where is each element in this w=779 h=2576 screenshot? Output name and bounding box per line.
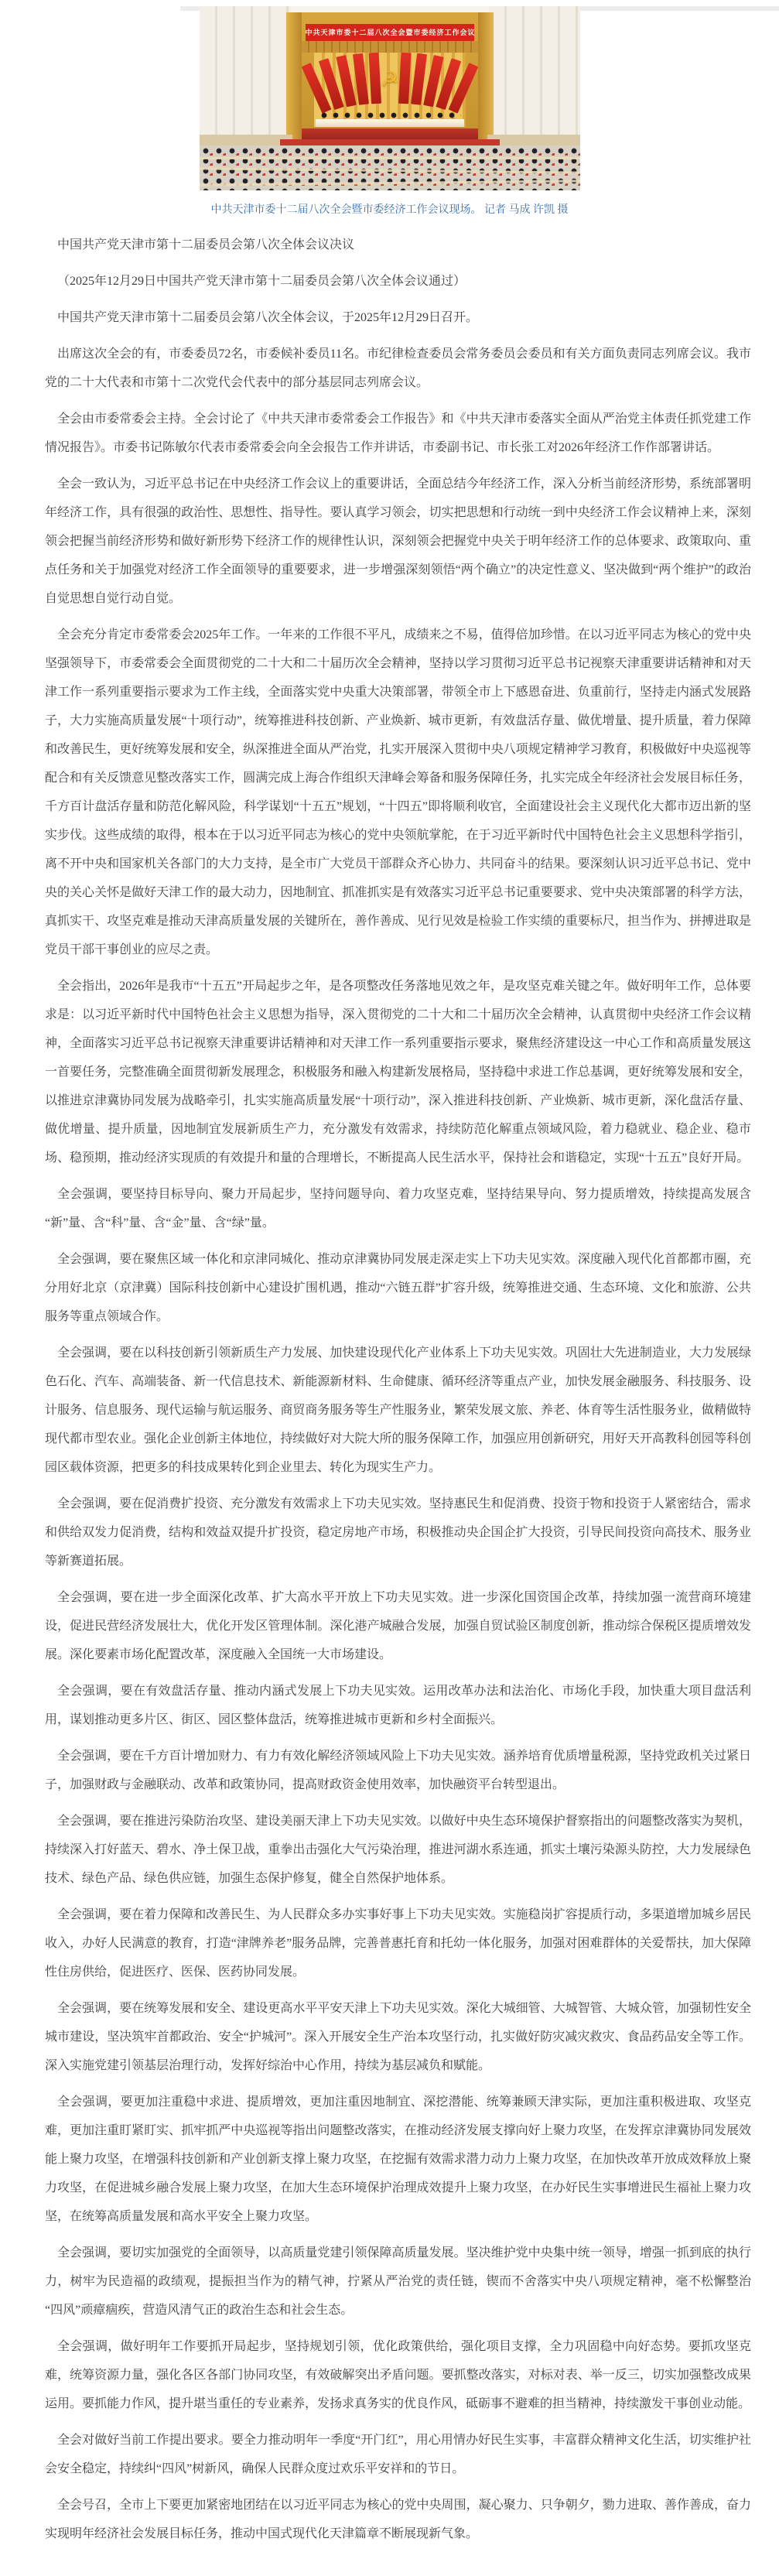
- article-body: 中国共产党天津市第十二届委员会第八次全体会议决议 （2025年12月29日中国共…: [0, 223, 779, 2576]
- article-paragraph: 全会充分肯定市委常委会2025年工作。一年来的工作很不平凡，成绩来之不易，值得倍…: [45, 621, 751, 964]
- hall-wall-left: [200, 6, 291, 138]
- article-title: 中国共产党天津市第十二届委员会第八次全体会议决议: [45, 231, 751, 259]
- article-paragraph: 全会强调，要在有效盘活存量、推动内涵式发展上下功夫见实效。运用改革办法和法治化、…: [45, 1677, 751, 1734]
- page: { "colors": { "caption_blue": "#3a6fad",…: [0, 6, 779, 2576]
- article-paragraph: 全会强调，要在着力保障和改善民生、为人民群众多办实事好事上下功夫见实效。实施稳岗…: [45, 1900, 751, 1986]
- article-paragraph: 全会强调，要在推进污染防治攻坚、建设美丽天津上下功夫见实效。以做好中央生态环境保…: [45, 1807, 751, 1893]
- rostrum-desk: [316, 119, 464, 127]
- party-emblem-icon: ☭: [381, 70, 398, 90]
- article-paragraph: 中国共产党天津市第十二届委员会第八次全体会议，于2025年12月29日召开。: [45, 303, 751, 332]
- stage-valance: [302, 41, 478, 53]
- article-paragraph: 全会强调，要在千方百计增加财力、有力有效化解经济领域风险上下功夫见实效。涵养培育…: [45, 1742, 751, 1799]
- stage-pillar-right: [478, 12, 494, 142]
- audience-desk-row: [200, 167, 580, 173]
- hall-wall-right: [489, 6, 580, 138]
- flag-decoration: [398, 53, 411, 104]
- article-paragraph: 全会强调，要坚持目标导向、聚力开局起步，坚持问题导向、着力攻坚克难，坚持结果导向…: [45, 1180, 751, 1237]
- article-paragraph: 全会强调，要在聚焦区域一体化和京津同城化、推动京津冀协同发展走深走实上下功夫见实…: [45, 1245, 751, 1331]
- article-paragraph: 全会强调，要更加注重稳中求进、提质增效，更加注重因地制宜、深挖潜能、统筹兼顾天津…: [45, 2088, 751, 2231]
- stage: ☭ 中共天津市委十二届八次全会暨市委经济工作会议: [302, 12, 478, 142]
- article-paragraph: 出席这次全会的有，市委委员72名，市委候补委员11名。市纪律检查委员会常务委员会…: [45, 340, 751, 397]
- meeting-banner: 中共天津市委十二届八次全会暨市委经济工作会议: [306, 24, 474, 41]
- article-paragraph: 全会强调，要在以科技创新引领新质生产力发展、加快建设现代化产业体系上下功夫见实效…: [45, 1339, 751, 1482]
- flag-decoration: [368, 53, 381, 104]
- stage-pillar-left: [286, 12, 302, 142]
- meeting-photo: ☭ 中共天津市委十二届八次全会暨市委经济工作会议: [200, 6, 580, 190]
- article-paragraph: 全会指出，2026年是我市“十五五”开局起步之年，是各项整改任务落地见效之年，是…: [45, 972, 751, 1172]
- article-paragraph: 全会号召，全市上下要更加紧密地团结在以习近平同志为核心的党中央周围，凝心聚力、只…: [45, 2491, 751, 2548]
- article-paragraph: （2025年12月29日中国共产党天津市第十二届委员会第八次全体会议通过）: [45, 267, 751, 296]
- audience-desk-row: [200, 180, 580, 186]
- article-paragraph: 全会强调，要在进一步全面深化改革、扩大高水平开放上下功夫见实效。进一步深化国资国…: [45, 1583, 751, 1669]
- article-paragraph: 全会对做好当前工作提出要求。要全力推动明年一季度“开门红”，用心用情办好民生实事…: [45, 2426, 751, 2483]
- article-paragraph: 全会强调，要在统筹发展和安全、建设更高水平平安天津上下功夫见实效。深化大城细管、…: [45, 1994, 751, 2080]
- article-paragraph: 全会由市委常委会主持。全会讨论了《中共天津市委常委会工作报告》和《中共天津市委落…: [45, 405, 751, 462]
- article-paragraph: 全会强调，做好明年工作要抓开局起步，坚持规划引领，优化政策供给，强化项目支撑，全…: [45, 2332, 751, 2418]
- audience-desk-row: [200, 157, 580, 159]
- audience: [200, 145, 580, 190]
- article-paragraph: 全会一致认为，习近平总书记在中央经济工作会议上的重要讲话，全面总结今年经济工作，…: [45, 470, 751, 613]
- article-paragraph: 全会强调，要在促消费扩投资、充分激发有效需求上下功夫见实效。坚持惠民生和促消费、…: [45, 1490, 751, 1575]
- article-paragraph: 全会强调，要切实加强党的全面领导，以高质量党建引领保障高质量发展。坚决维护党中央…: [45, 2239, 751, 2325]
- photo-caption: 中共天津市委十二届八次全会暨市委经济工作会议现场。 记者 马成 许凯 摄: [23, 203, 756, 218]
